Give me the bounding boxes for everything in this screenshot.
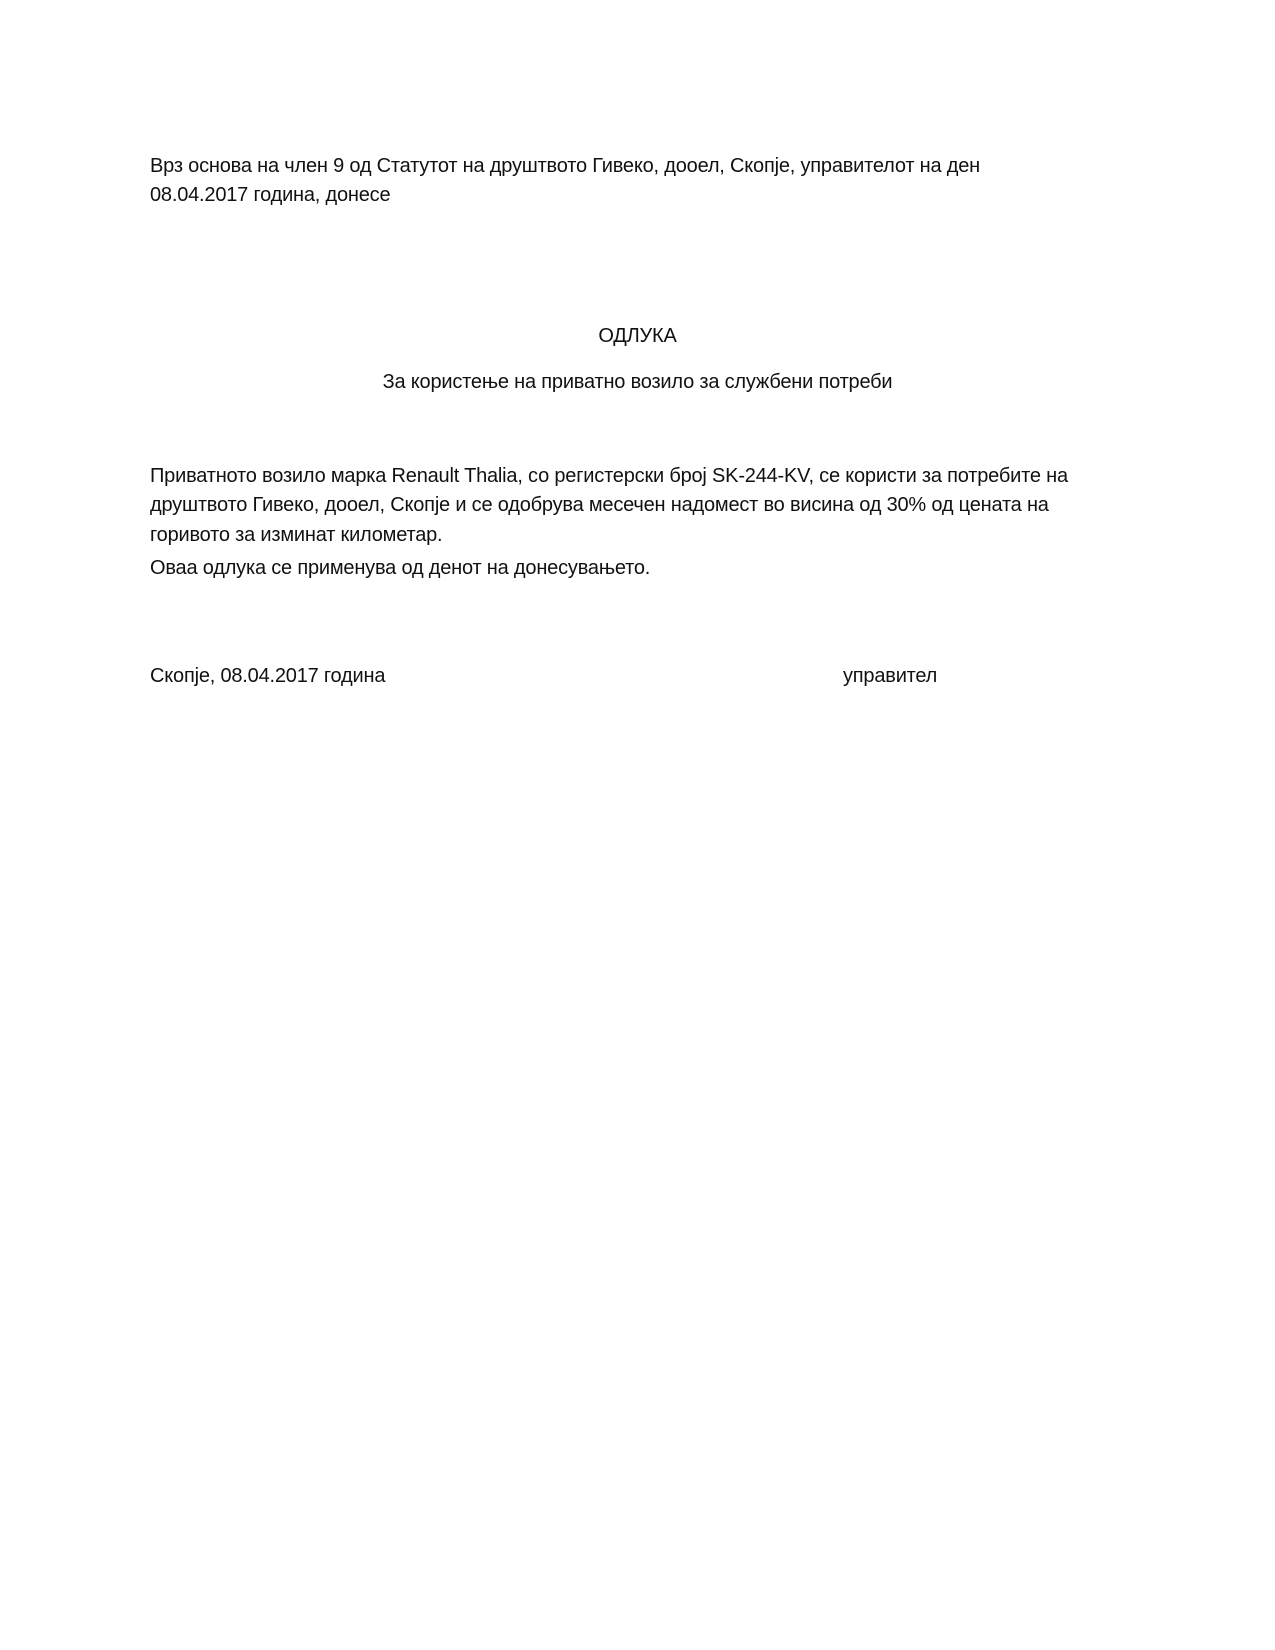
document-subtitle: За користење на приватно возило за служб…	[0, 372, 1275, 392]
body-paragraph-2: Оваа одлука се применува од денот на дон…	[150, 558, 650, 578]
document-title: ОДЛУКА	[0, 326, 1275, 346]
body-paragraph-1-line-3: горивото за изминат километар.	[150, 525, 442, 545]
document-page: Врз основа на член 9 од Статутот на друш…	[0, 0, 1275, 1650]
footer-signatory: управител	[843, 666, 937, 686]
body-paragraph-1-line-2: друштвото Гивеко, дооел, Скопје и се одо…	[150, 495, 1049, 515]
footer-place-date: Скопје, 08.04.2017 година	[150, 666, 385, 686]
preamble-line-2: 08.04.2017 година, донесе	[150, 185, 390, 205]
body-paragraph-1-line-1: Приватното возило марка Renault Thalia, …	[150, 466, 1068, 486]
preamble-line-1: Врз основа на член 9 од Статутот на друш…	[150, 156, 980, 176]
